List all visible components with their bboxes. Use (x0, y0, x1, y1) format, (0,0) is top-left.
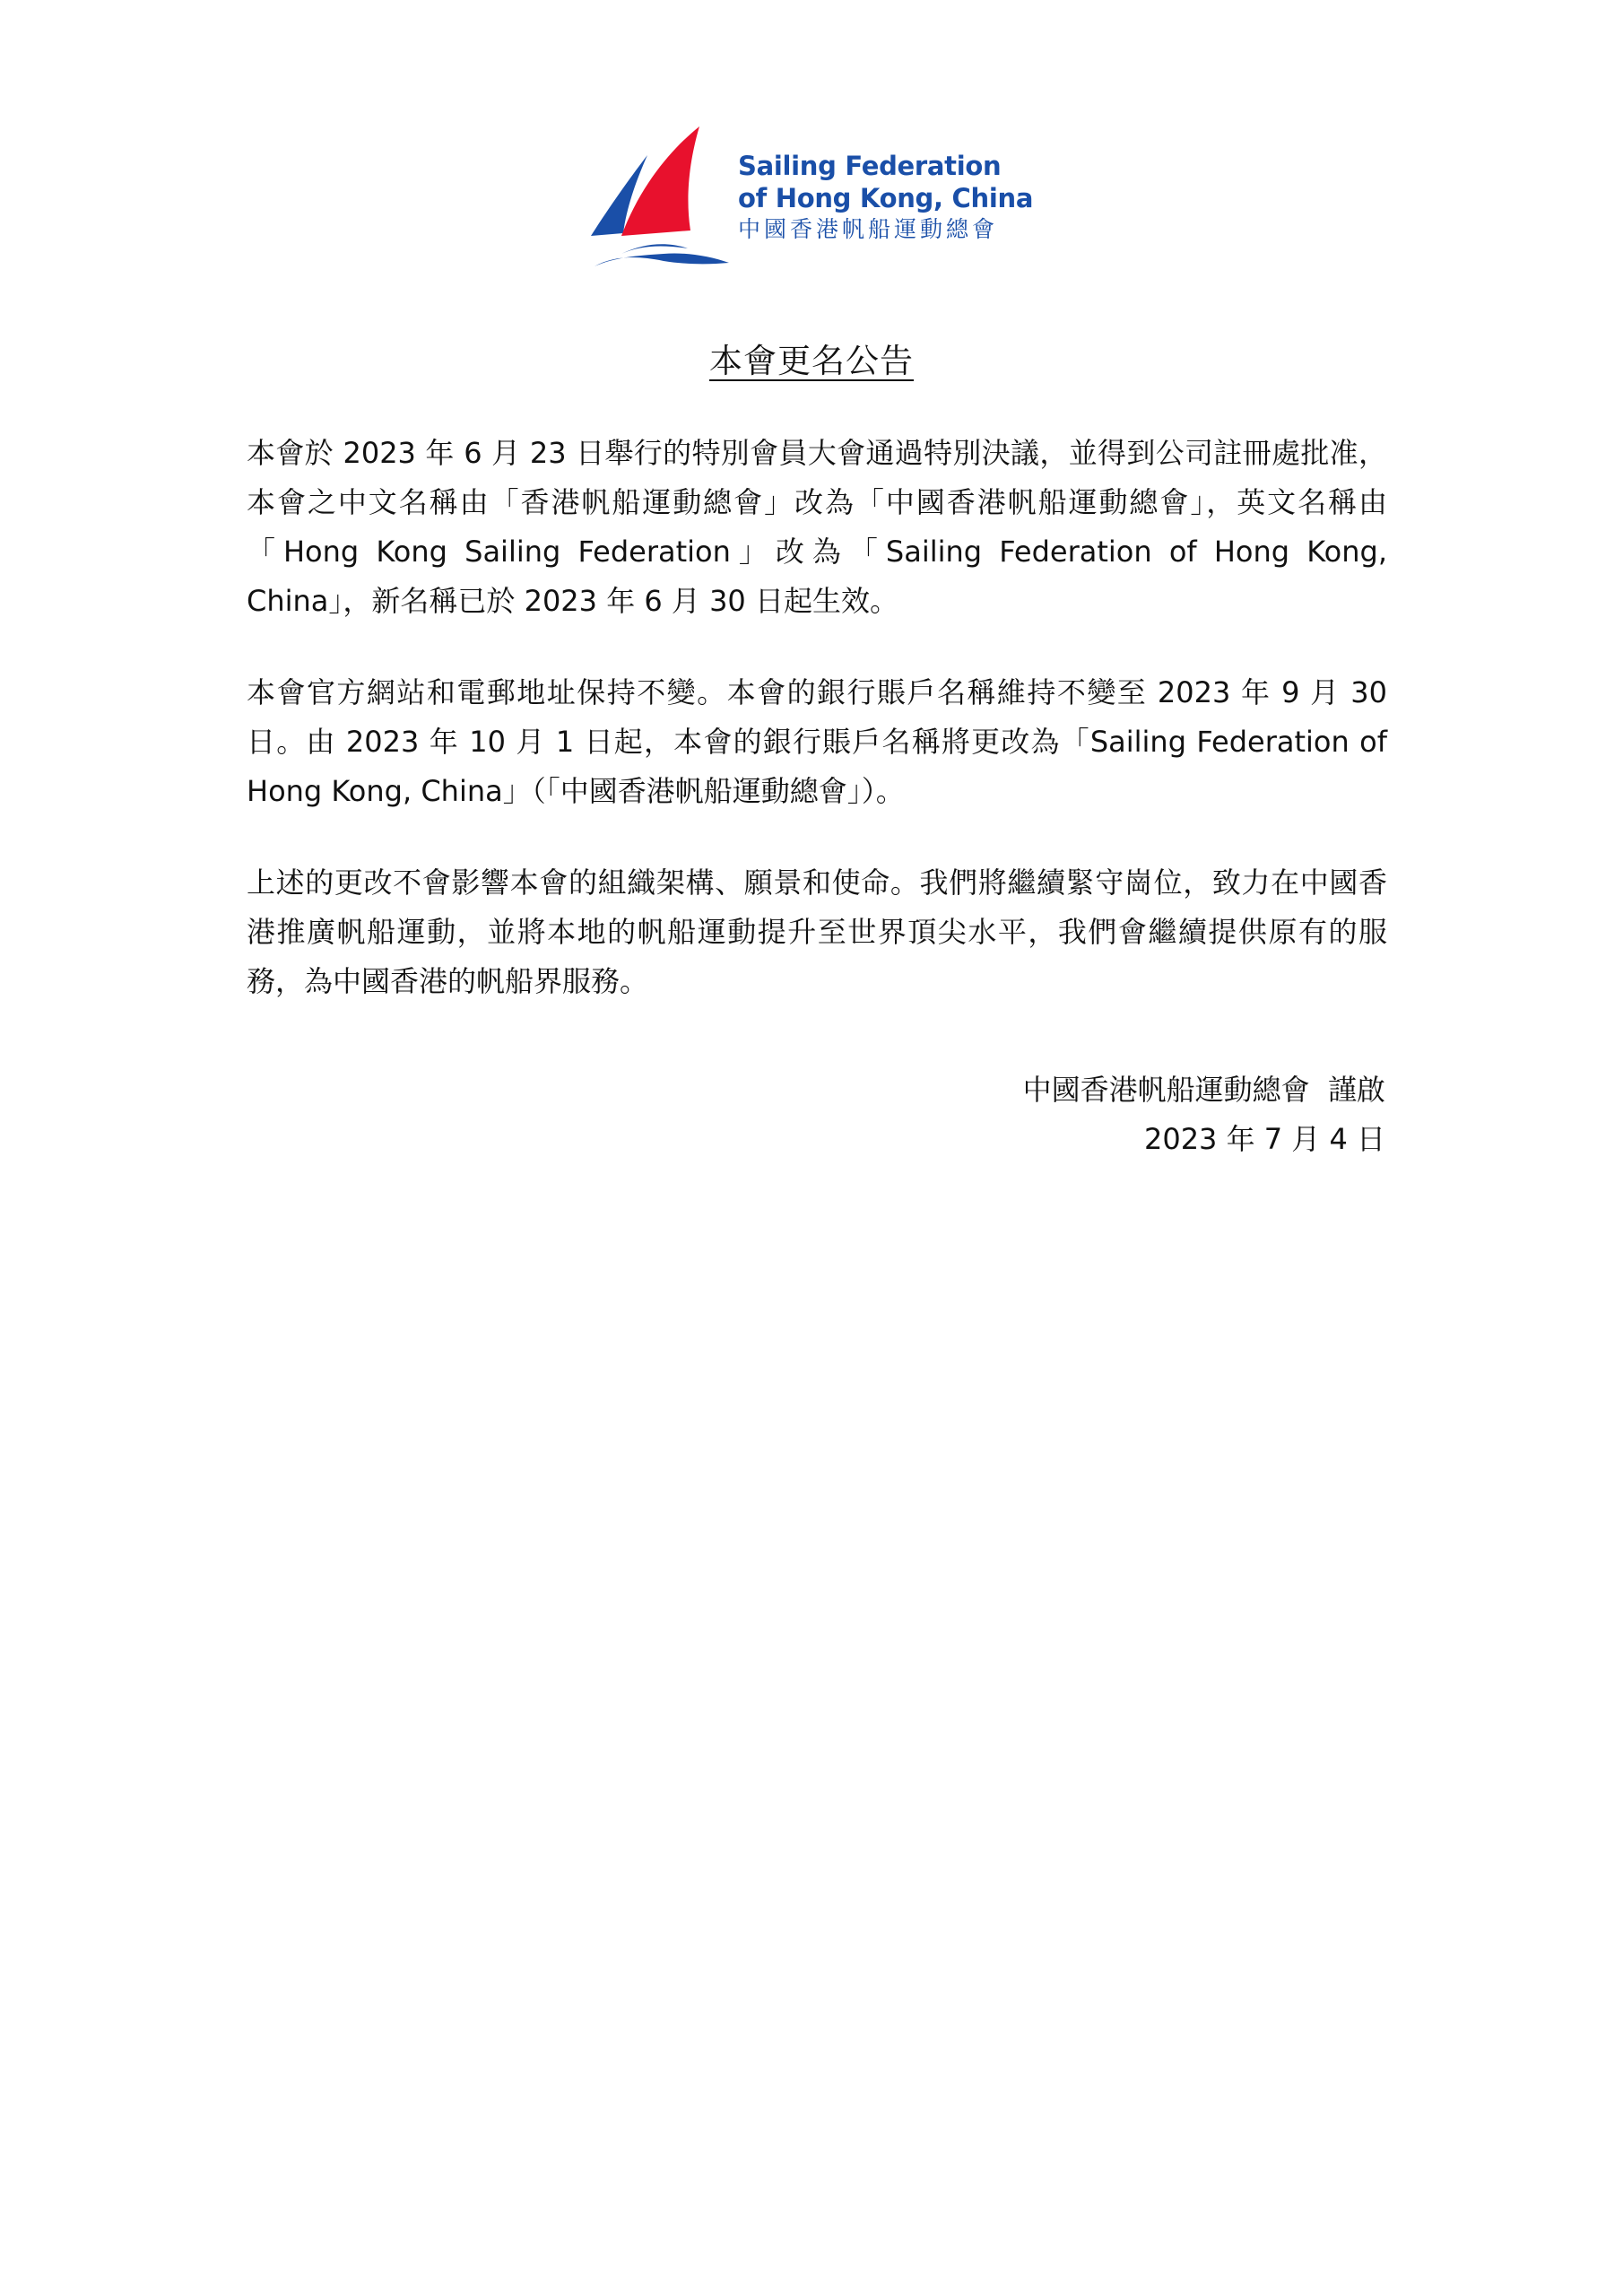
federation-logo: Sailing Federation of Hong Kong, China 中… (587, 121, 1054, 274)
document-body: 本會於 2023 年 6 月 23 日舉行的特別會員大會通過特別決議，並得到公司… (247, 429, 1387, 1048)
document-title: 本會更名公告 (709, 342, 914, 380)
paragraph-contact-bank: 本會官方網站和電郵地址保持不變。本會的銀行賬戶名稱維持不變至 2023 年 9 … (247, 668, 1387, 816)
paragraph-name-change: 本會於 2023 年 6 月 23 日舉行的特別會員大會通過特別決議，並得到公司… (247, 429, 1387, 626)
document-title-container: 本會更名公告 (0, 334, 1623, 382)
logo-name-en-line2: of Hong Kong, China (738, 182, 1033, 214)
signature-block: 中國香港帆船運動總會 謹啟 2023 年 7 月 4 日 (1023, 1065, 1385, 1164)
sailboat-logo-icon (587, 121, 740, 274)
logo-name-zh: 中國香港帆船運動總會 (738, 214, 1033, 245)
logo-name-en-line1: Sailing Federation (738, 150, 1033, 182)
paragraph-mission: 上述的更改不會影響本會的組織架構、願景和使命。我們將繼續緊守崗位，致力在中國香港… (247, 858, 1387, 1006)
signature-organization: 中國香港帆船運動總會 謹啟 (1023, 1065, 1385, 1115)
signature-date: 2023 年 7 月 4 日 (1023, 1115, 1385, 1164)
